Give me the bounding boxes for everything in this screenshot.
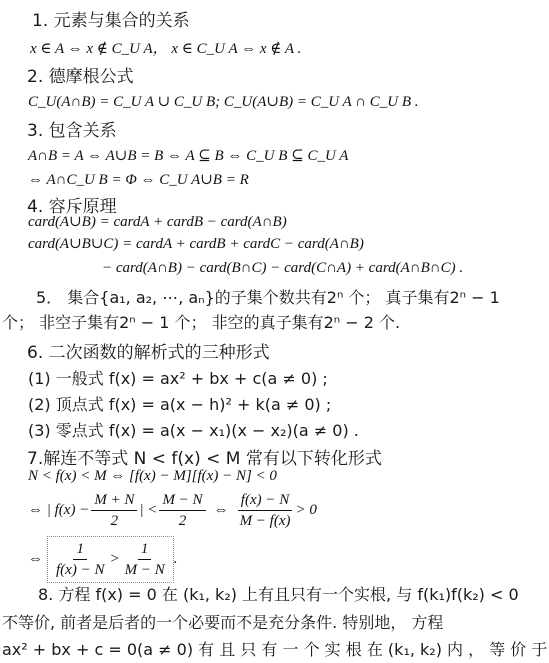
section-8-line-3: ax² + bx + c = 0(a ≠ 0) 有 且 只 有 一 个 实 根 … <box>2 637 547 660</box>
section-1-title: 1. 元素与集合的关系 <box>32 6 190 31</box>
fraction-fx-minus-n-over-m-minus-fx: f(x) − N M − f(x) <box>237 490 294 531</box>
section-2-formula: C_U(A∩B) = C_U A ∪ C_U B; C_U(A∪B) = C_U… <box>28 92 419 111</box>
section-6-item-2: (2) 顶点式 f(x) = a(x − h)² + k(a ≠ 0) ; <box>28 392 331 415</box>
section-2-title: 2. 德摩根公式 <box>27 62 134 87</box>
section-6-title: 6. 二次函数的解析式的三种形式 <box>27 338 270 363</box>
section-5-line-1: 5． 集合{a₁, a₂, ⋯, aₙ}的子集个数共有2ⁿ 个； 真子集有2ⁿ … <box>36 285 500 308</box>
dotted-box: 1 f(x) − N > 1 M − N <box>47 536 174 583</box>
f2-prefix: ⇔ | f(x) − <box>28 502 89 519</box>
section-8-line-2: 不等价, 前者是后者的一个必要而不是充分条件. 特别地， 方程 <box>2 610 443 633</box>
section-8-line-1: 8. 方程 f(x) = 0 在 (k₁, k₂) 上有且只有一个实根, 与 f… <box>38 582 519 605</box>
section-1-formula: x ∈ A ⇔ x ∉ C_U A， x ∈ C_U A ⇔ x ∉ A . <box>30 37 301 58</box>
section-7-formula-1: N < f(x) < M ⇔ [f(x) − M][f(x) − N] < 0 <box>28 468 277 485</box>
section-7-title: 7.解连不等式 N < f(x) < M 常有以下转化形式 <box>27 444 382 469</box>
section-3-formula-1: A∩B = A ⇔ A∪B = B ⇔ A ⊆ B ⇔ C_U B ⊆ C_U … <box>28 146 348 165</box>
f3-gt: > <box>109 551 119 568</box>
section-4-formula-1: card(A∪B) = cardA + cardB − card(A∩B) <box>28 212 287 231</box>
f3-suffix: . <box>174 551 178 568</box>
section-3-title: 3. 包含关系 <box>27 116 117 141</box>
f2-mid: | < <box>139 502 157 519</box>
section-5-line-2: 个； 非空子集有2ⁿ − 1 个； 非空的真子集有2ⁿ − 2 个. <box>2 310 400 333</box>
section-7-formula-3: ⇔ 1 f(x) − N > 1 M − N . <box>28 536 177 583</box>
fraction-m-plus-n-over-2: M + N 2 <box>91 490 137 531</box>
section-6-item-1: (1) 一般式 f(x) = ax² + bx + c(a ≠ 0) ; <box>28 366 328 389</box>
section-4-formula-2: card(A∪B∪C) = cardA + cardB + cardC − ca… <box>28 234 364 253</box>
section-6-item-3: (3) 零点式 f(x) = a(x − x₁)(x − x₂)(a ≠ 0) … <box>28 418 359 441</box>
f3-prefix: ⇔ <box>28 551 43 568</box>
section-7-formula-2: ⇔ | f(x) − M + N 2 | < M − N 2 ⇔ f(x) − … <box>28 490 317 531</box>
fraction-m-minus-n-over-2: M − N 2 <box>159 490 205 531</box>
f2-arrow: ⇔ <box>214 502 229 519</box>
section-3-formula-2: ⇔ A∩C_U B = Φ ⇔ C_U A∪B = R <box>28 170 249 189</box>
f2-suffix: > 0 <box>296 502 317 519</box>
fraction-1-over-fx-minus-n: 1 f(x) − N <box>53 539 107 580</box>
section-4-formula-3: − card(A∩B) − card(B∩C) − card(C∩A) + ca… <box>102 260 463 277</box>
fraction-1-over-m-minus-n: 1 M − N <box>122 539 168 580</box>
